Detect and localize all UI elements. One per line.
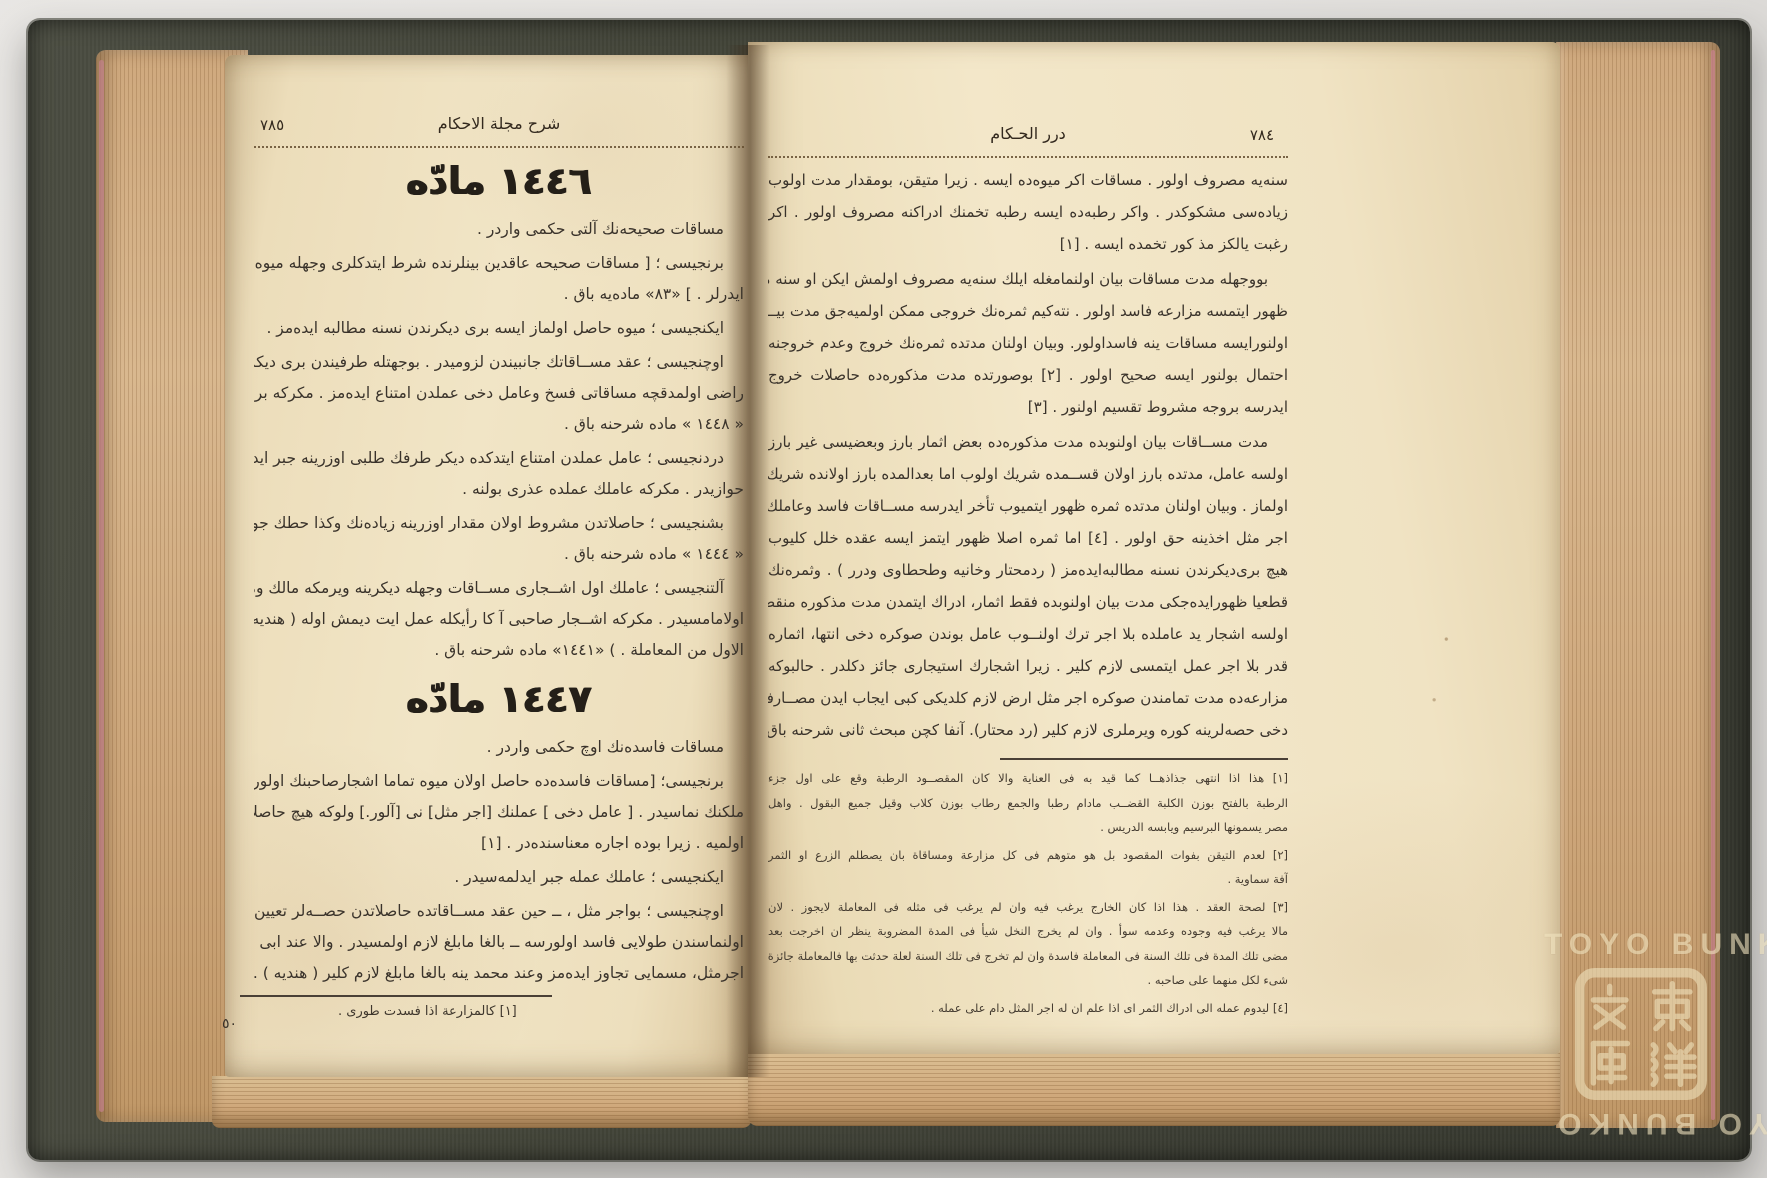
text-line: ظهور ايتمسه مزارعه فاسد اولور . نته‌كيم … — [768, 295, 1288, 327]
text-line: اوچنجيسى ؛ بواجر مثل ، ــ حين عقد مســاق… — [254, 896, 744, 927]
footnote-rule-right — [1000, 758, 1288, 760]
text-line: مساقات فاسده‌نك اوچ حكمى واردر . — [254, 732, 744, 763]
text-line: الاول من المعاملة . ) «١٤٤١» ماده شرحنه … — [254, 635, 744, 666]
text-line: اولنماسندن طولايى فاسد اولورسه ــ بالغا … — [254, 927, 744, 958]
text-line: احتمال بولنور ايسه صحيح اولور . [٢] بوصو… — [768, 359, 1288, 391]
text-line: شىء لكل منهما على صاحبه . — [768, 968, 1288, 993]
text-line: بشنجيسى ؛ حاصلاتدن مشروط اولان مقدار اوز… — [254, 508, 744, 539]
text-line: اجرمثل، مسمايى تجاوز ايده‌مز وعند محمد ي… — [254, 958, 744, 989]
article-heading: ١٤٤٧ مادّه — [254, 674, 744, 724]
page-number-right: ٧٨٤ — [1250, 126, 1274, 144]
signature-mark: ٥٠ — [222, 1016, 237, 1032]
text-line: مزارعه‌ده مدت تمامندن صوكره اجر مثل ارض … — [768, 682, 1288, 714]
text-line: راضى اولمدقچه مساقاتى فسخ وعامل دخى عملد… — [254, 378, 744, 409]
right-page-footnotes: [١] هذا اذا انتهى جذاذهــا كما قيد به فى… — [768, 766, 1288, 1020]
article-heading: ١٤٤٦ مادّه — [254, 156, 744, 206]
paragraph: ايكنجيسى ؛ عاملك عمله جبر ايدلمه‌سيدر . — [254, 862, 744, 893]
right-page-header: درر الحـكام ٧٨٤ — [768, 118, 1288, 152]
text-line: بووجهله مدت مساقات بيان اولنمامغله ايلك … — [768, 263, 1288, 295]
paragraph: سنه‌يه مصروف اولور . مساقات اكر ميوه‌ده … — [768, 164, 1288, 260]
footnote-left: [١] كالمزارعة اذا فسدت طورى . — [254, 1001, 744, 1023]
left-page: ٧٨٥ شرح مجلة الاحكام ١٤٤٦ مادّهمساقات صح… — [254, 108, 744, 1023]
left-page-body: ١٤٤٦ مادّهمساقات صحيحه‌نك آلتى حكمى وارد… — [254, 156, 744, 989]
text-line: قدر بلا اجر عمل ايتمسى لازم كلير . زيرا … — [768, 650, 1288, 682]
text-line: ايدرسه بروجه مشروط تقسيم اولنور . [٣] — [768, 391, 1288, 423]
page-edges-bottom-left — [212, 1076, 752, 1128]
text-line: هيچ برى‌ديكرندن نسنه مطالبه‌ايده‌مز ( رد… — [768, 554, 1288, 586]
text-line: [٤] ليدوم عمله الى ادراك الثمر اى اذا عل… — [768, 996, 1288, 1021]
paragraph: بووجهله مدت مساقات بيان اولنمامغله ايلك … — [768, 263, 1288, 423]
text-line: ايدرلر . ] «٨٣» ماده‌يه باق . — [254, 279, 744, 310]
text-line: مساقات صحيحه‌نك آلتى حكمى واردر . — [254, 214, 744, 245]
text-line: آلتنجيسى ؛ عاملك اول اشــجارى مســاقات و… — [254, 573, 744, 604]
text-line: برنجيسى؛ [مساقات فاسده‌ده حاصل اولان ميو… — [254, 766, 744, 797]
paragraph: برنجيسى ؛ [ مساقات صحيحه عاقدين بينلرنده… — [254, 248, 744, 310]
paragraph: اوچنجيسى ؛ عقد مســاقاتك جانبيندن لزوميد… — [254, 347, 744, 440]
text-line: الرطبة بالفتح بوزن الكلبة القضــب مادام … — [768, 791, 1288, 816]
text-line: زياده‌سى مشكوكدر . واكر رطبه‌ده ايسه رطب… — [768, 196, 1288, 228]
paragraph: اوچنجيسى ؛ بواجر مثل ، ــ حين عقد مســاق… — [254, 896, 744, 989]
left-page-header: ٧٨٥ شرح مجلة الاحكام — [254, 108, 744, 142]
paragraph: مدت مســاقات بيان اولنوبده مدت مذكوره‌ده… — [768, 426, 1288, 746]
text-line: مضى تلك المدة فى تلك السنة فى المعاملة ف… — [768, 944, 1288, 969]
paragraph: برنجيسى؛ [مساقات فاسده‌ده حاصل اولان ميو… — [254, 766, 744, 859]
right-page: درر الحـكام ٧٨٤ سنه‌يه مصروف اولور . مسا… — [768, 118, 1288, 1023]
text-line: دخى حصه‌لرينه كوره ويرملرى لازم كلير (رد… — [768, 714, 1288, 746]
text-line: ايكنجيسى ؛ عاملك عمله جبر ايدلمه‌سيدر . — [254, 862, 744, 893]
text-line: ملكنك نماسيدر . [ عامل دخى ] عملنك [اجر … — [254, 797, 744, 828]
paragraph: مساقات فاسده‌نك اوچ حكمى واردر . — [254, 732, 744, 763]
text-line: اولسه اشجار يد عاملده بلا اجر ترك اولنــ… — [768, 618, 1288, 650]
text-line: آفة سماوية . — [768, 867, 1288, 892]
paragraph: دردنجيسى ؛ عامل عملدن امتناع ايتدكده ديك… — [254, 443, 744, 505]
page-number-left: ٧٨٥ — [260, 116, 284, 134]
paragraph: [١] هذا اذا انتهى جذاذهــا كما قيد به فى… — [768, 766, 1288, 840]
header-rule-left — [254, 142, 744, 148]
text-line: حوازيدر . مكركه عاملك عملده عذرى بولنه . — [254, 474, 744, 505]
page-edges-bottom-right — [748, 1052, 1560, 1126]
text-line: قطعيا ظهورايده‌جكى مدت بيان اولنوبده فقط… — [768, 586, 1288, 618]
text-line: اولميه . زيرا بوده اجاره معناسنده‌در . [… — [254, 828, 744, 859]
text-line: « ١٤٤٤ » ماده شرحنه باق . — [254, 539, 744, 570]
text-line: مالا يرغب فيه وجوده وعدمه سوأ . وان لم ي… — [768, 919, 1288, 944]
text-line: مدت مســاقات بيان اولنوبده مدت مذكوره‌ده… — [768, 426, 1288, 458]
running-title-left: شرح مجلة الاحكام — [254, 108, 744, 140]
text-line: [٢] لعدم التيقن بفوات المقصود بل هو متوه… — [768, 843, 1288, 868]
text-line: [٣] لصحة العقد . هذا اذا كان الخارج يرغب… — [768, 895, 1288, 920]
page-edges-right — [1556, 42, 1720, 1128]
text-line: اولماز . وبيان اولنان مدتده ثمره ظهور اي… — [768, 490, 1288, 522]
header-rule-right — [768, 152, 1288, 158]
text-line: [١] هذا اذا انتهى جذاذهــا كما قيد به فى… — [768, 766, 1288, 791]
text-line: مصر يسمونها البرسيم ويابسه الدريس . — [768, 815, 1288, 840]
text-line: دردنجيسى ؛ عامل عملدن امتناع ايتدكده ديك… — [254, 443, 744, 474]
paragraph: ايكنجيسى ؛ ميوه حاصل اولماز ايسه برى ديك… — [254, 313, 744, 344]
text-line: « ١٤٤٨ » ماده شرحنه باق . — [254, 409, 744, 440]
text-line: رغبت يالكز مذ كور تخمده ايسه . [١] — [768, 228, 1288, 260]
text-line: اولامامسيدر . مكركه اشــجار صاحبى آ كا ر… — [254, 604, 744, 635]
paragraph: [٢] لعدم التيقن بفوات المقصود بل هو متوه… — [768, 843, 1288, 892]
paragraph: بشنجيسى ؛ حاصلاتدن مشروط اولان مقدار اوز… — [254, 508, 744, 570]
running-title-right: درر الحـكام — [768, 118, 1288, 150]
text-line: اجر مثل اخذينه حق اولور . [٤] اما ثمره ا… — [768, 522, 1288, 554]
text-line: اوچنجيسى ؛ عقد مســاقاتك جانبيندن لزوميد… — [254, 347, 744, 378]
book-photograph: ٧٨٥ شرح مجلة الاحكام ١٤٤٦ مادّهمساقات صح… — [0, 0, 1767, 1178]
right-page-body: سنه‌يه مصروف اولور . مساقات اكر ميوه‌ده … — [768, 164, 1288, 746]
paragraph: مساقات صحيحه‌نك آلتى حكمى واردر . — [254, 214, 744, 245]
text-line: سنه‌يه مصروف اولور . مساقات اكر ميوه‌ده … — [768, 164, 1288, 196]
paragraph: [٣] لصحة العقد . هذا اذا كان الخارج يرغب… — [768, 895, 1288, 993]
paragraph: [٤] ليدوم عمله الى ادراك الثمر اى اذا عل… — [768, 996, 1288, 1021]
text-line: اولنورايسه مساقات ينه فاسداولور. وبيان ا… — [768, 327, 1288, 359]
paragraph: آلتنجيسى ؛ عاملك اول اشــجارى مســاقات و… — [254, 573, 744, 666]
text-line: ايكنجيسى ؛ ميوه حاصل اولماز ايسه برى ديك… — [254, 313, 744, 344]
text-line: برنجيسى ؛ [ مساقات صحيحه عاقدين بينلرنده… — [254, 248, 744, 279]
footnote-rule-left — [240, 995, 552, 997]
text-line: اولسه عامل، مدتده بارز اولان قســمده شري… — [768, 458, 1288, 490]
